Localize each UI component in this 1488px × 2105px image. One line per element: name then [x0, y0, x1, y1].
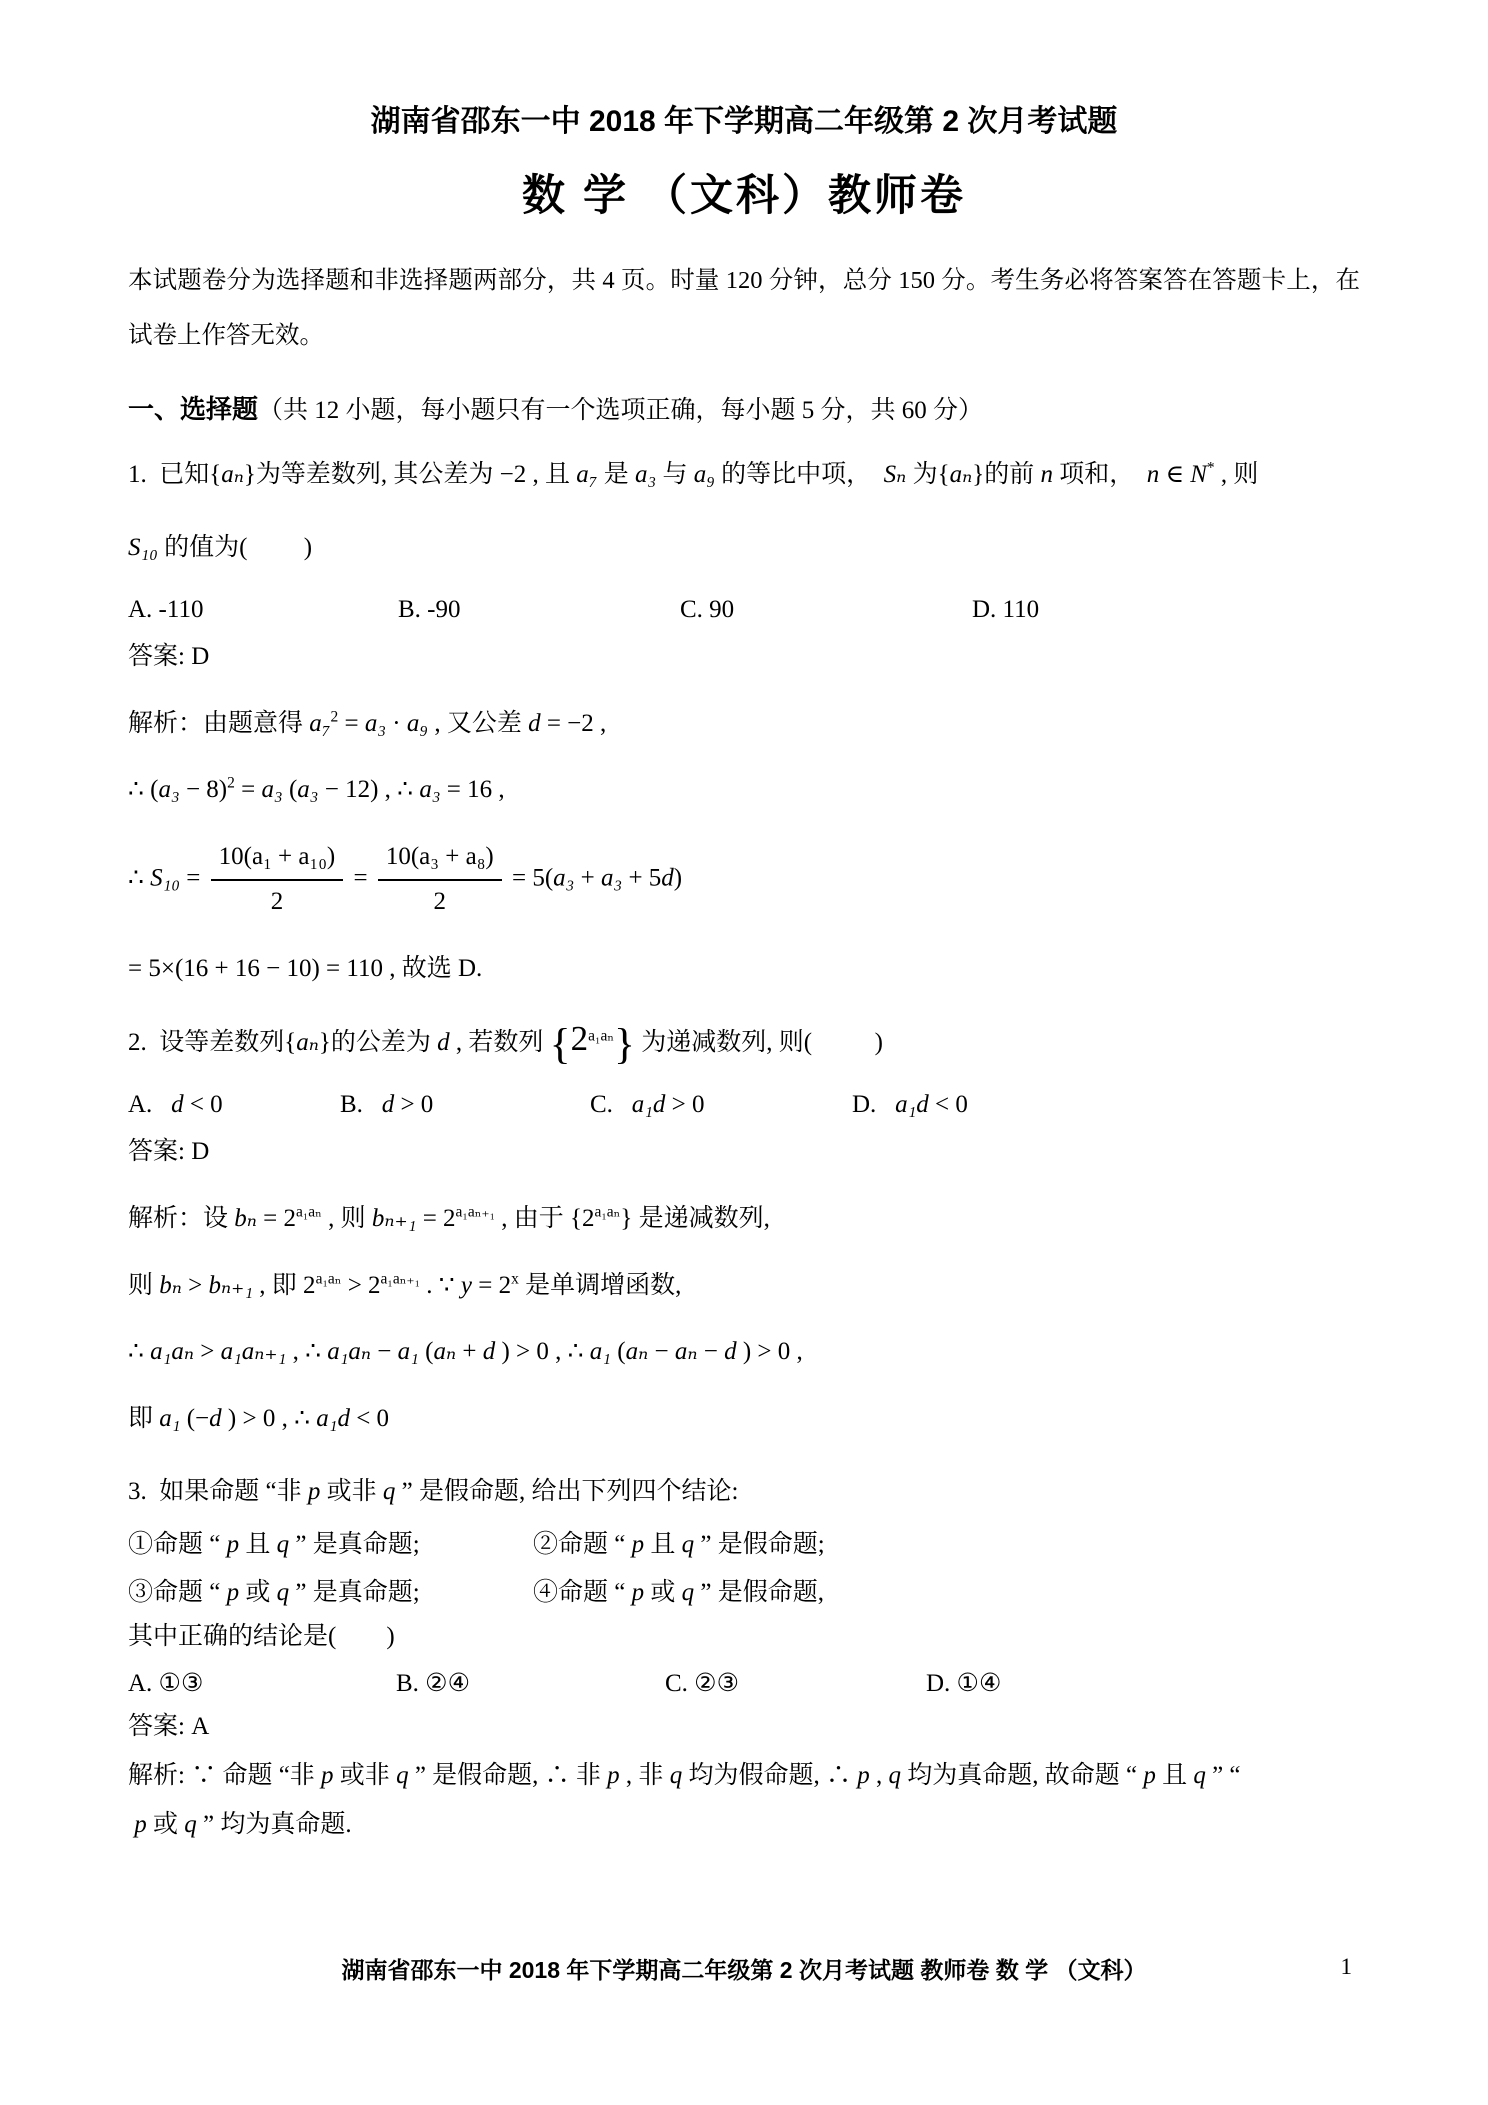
exam-page: 湖南省邵东一中 2018 年下学期高二年级第 2 次月考试题 数 学 （文科）教… — [0, 0, 1488, 2105]
question-1-option-a: A. -110 — [128, 596, 398, 624]
section-heading-title: 一、选择题 — [128, 395, 258, 424]
conclusion-3: ③命题 “ p 或 q ” 是真命题; — [128, 1572, 533, 1608]
question-2-option-a: A. d < 0 — [128, 1091, 340, 1119]
exam-subtitle: 数 学 （文科）教师卷 — [128, 162, 1360, 223]
question-3-analysis-2: p 或 q ” 均为真命题. — [128, 1806, 1360, 1845]
section-heading: 一、选择题（共 12 小题，每小题只有一个选项正确，每小题 5 分，共 60 分… — [128, 389, 1360, 426]
conclusion-4: ④命题 “ p 或 q ” 是假命题, — [533, 1572, 824, 1608]
exam-title: 湖南省邵东一中 2018 年下学期高二年级第 2 次月考试题 — [128, 96, 1360, 140]
question-1-answer: 答案: D — [128, 638, 1360, 677]
question-1-analysis-4: = 5×(16 + 16 − 10) = 110 , 故选 D. — [128, 950, 1360, 989]
question-1-options: A. -110 B. -90 C. 90 D. 110 — [128, 596, 1360, 624]
intro-paragraph: 本试题卷分为选择题和非选择题两部分，共 4 页。时量 120 分钟，总分 150… — [128, 253, 1360, 363]
question-1: 1. 已知{aₙ}为等差数列, 其公差为 −2 , 且 a₇ 是 a₃ 与 a₉… — [128, 456, 1360, 988]
question-3-conclusions-row-2: ③命题 “ p 或 q ” 是真命题; ④命题 “ p 或 q ” 是假命题, — [128, 1572, 1360, 1608]
question-3-option-c: C. ②③ — [665, 1668, 926, 1698]
question-2-option-b: B. d > 0 — [340, 1091, 590, 1119]
question-1-option-b: B. -90 — [398, 596, 680, 624]
question-1-analysis-1: 解析：由题意得 a₇2 = a₃ · a₉ , 又公差 d = −2 , — [128, 705, 1360, 744]
question-3-option-d: D. ①④ — [926, 1668, 1001, 1698]
question-2-answer: 答案: D — [128, 1133, 1360, 1172]
question-3-stem-cont: 其中正确的结论是( ) — [128, 1618, 1360, 1657]
question-2: 2. 设等差数列{aₙ}的公差为 d , 若数列 {2a₁aₙ} 为递减数列, … — [128, 1024, 1360, 1439]
question-3: 3. 如果命题 “非 p 或非 q ” 是假命题, 给出下列四个结论: ①命题 … — [128, 1473, 1360, 1845]
question-3-stem: 3. 如果命题 “非 p 或非 q ” 是假命题, 给出下列四个结论: — [128, 1473, 1360, 1512]
question-3-option-b: B. ②④ — [396, 1668, 665, 1698]
question-2-analysis-4: 即 a₁ (−d ) > 0 , ∴ a₁d < 0 — [128, 1400, 1360, 1439]
question-2-analysis-1: 解析：设 bₙ = 2a₁aₙ , 则 bₙ₊₁ = 2a₁aₙ₊₁ , 由于 … — [128, 1200, 1360, 1239]
question-1-option-c: C. 90 — [680, 596, 972, 624]
conclusion-1: ①命题 “ p 且 q ” 是真命题; — [128, 1524, 533, 1560]
section-heading-note: （共 12 小题，每小题只有一个选项正确，每小题 5 分，共 60 分） — [258, 397, 983, 424]
page-number: 1 — [1341, 1954, 1353, 1980]
question-2-analysis-3: ∴ a₁aₙ > a₁aₙ₊₁ , ∴ a₁aₙ − a₁ (aₙ + d ) … — [128, 1333, 1360, 1372]
footer: 湖南省邵东一中 2018 年下学期高二年级第 2 次月考试题 教师卷 数 学 （… — [0, 1952, 1488, 1985]
question-2-option-c: C. a₁d > 0 — [590, 1091, 852, 1119]
question-3-option-a: A. ①③ — [128, 1668, 396, 1698]
footer-text: 湖南省邵东一中 2018 年下学期高二年级第 2 次月考试题 教师卷 数 学 （… — [341, 1957, 1146, 1983]
question-1-analysis-2: ∴ (a₃ − 8)2 = a₃ (a₃ − 12) , ∴ a₃ = 16 , — [128, 771, 1360, 810]
question-2-analysis-2: 则 bₙ > bₙ₊₁ , 即 2a₁aₙ > 2a₁aₙ₊₁ . ∵ y = … — [128, 1267, 1360, 1306]
question-2-stem: 2. 设等差数列{aₙ}的公差为 d , 若数列 {2a₁aₙ} 为递减数列, … — [128, 1024, 1360, 1063]
question-1-stem-cont: S₁₀ 的值为( ) — [128, 529, 1360, 568]
question-3-conclusions-row-1: ①命题 “ p 且 q ” 是真命题; ②命题 “ p 且 q ” 是假命题; — [128, 1524, 1360, 1560]
question-2-options: A. d < 0 B. d > 0 C. a₁d > 0 D. a₁d < 0 — [128, 1091, 1360, 1119]
question-2-option-d: D. a₁d < 0 — [852, 1091, 968, 1119]
question-1-stem: 1. 已知{aₙ}为等差数列, 其公差为 −2 , 且 a₇ 是 a₃ 与 a₉… — [128, 456, 1360, 495]
question-3-options: A. ①③ B. ②④ C. ②③ D. ①④ — [128, 1668, 1360, 1698]
question-1-analysis-3: ∴ S₁₀ = 10(a₁ + a₁₀)2 = 10(a₃ + a₈)2 = 5… — [128, 838, 1360, 922]
question-3-answer: 答案: A — [128, 1708, 1360, 1747]
question-3-analysis-1: 解析: ∵ 命题 “非 p 或非 q ” 是假命题, ∴ 非 p , 非 q 均… — [128, 1757, 1360, 1796]
question-1-option-d: D. 110 — [972, 596, 1039, 624]
conclusion-2: ②命题 “ p 且 q ” 是假命题; — [533, 1524, 825, 1560]
